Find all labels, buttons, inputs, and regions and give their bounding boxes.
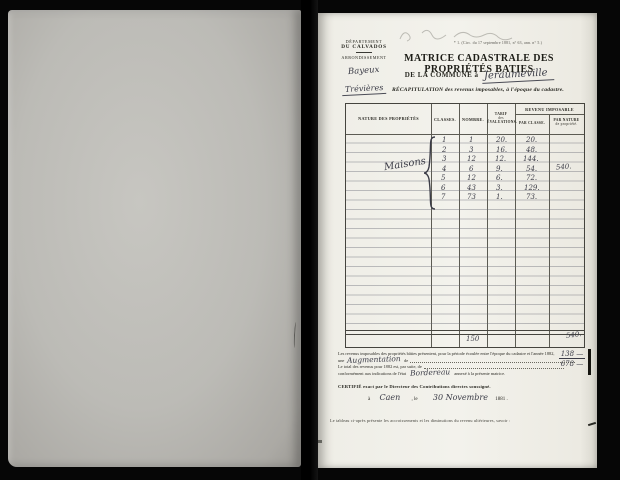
col-header-nombre: NOMBRE. (459, 117, 487, 122)
cell-tarif: 16. (496, 147, 507, 154)
dotted-leader (410, 359, 575, 363)
total-nombre: 150 (466, 336, 479, 343)
cell-par-classe: 72. (526, 175, 537, 182)
cell-nombre: 6 (469, 166, 473, 173)
cell-classe: 3 (442, 156, 446, 163)
binding-edge-mark (588, 349, 591, 375)
recapitulation-table: NATURE DES PROPRIÉTÉS CLASSES. NOMBRE. T… (345, 103, 585, 348)
col-header-par-nature: PAR NATURE de propriété. (549, 118, 584, 126)
cell-nombre: 12 (467, 175, 476, 182)
etat-handwritten: Bordereau (410, 369, 450, 376)
line4-prefix: conformément aux indications de l'état (338, 371, 406, 376)
matrice-cadastrale-page: DÉPARTEMENT DU CALVADOS ARRONDISSEMENT B… (318, 13, 597, 468)
cell-par-classe: 48. (526, 147, 537, 154)
revenue-values: 138 — 678 — (559, 350, 585, 368)
blank-left-page (8, 10, 301, 467)
cell-classe: 1 (442, 137, 446, 144)
line4-suffix: annexé à la présente matrice. (454, 371, 505, 376)
cell-nombre: 43 (467, 185, 476, 192)
cell-classe: 7 (441, 194, 445, 201)
commune-line: DE LA COMMUNE àJeraumeville (374, 69, 584, 82)
circular-reference-note: * 1. (Circ. du 17 septembre 1881, n° 63,… (423, 41, 573, 45)
revenu-split-line (515, 114, 584, 115)
departement-value: DU CALVADOS (330, 44, 398, 50)
augmentation-handwritten: Augmentation (347, 356, 401, 364)
cell-nombre: 3 (469, 147, 473, 154)
cell-par-classe: 129. (524, 185, 540, 192)
cell-classe: 4 (442, 166, 446, 173)
footer-line3: Le total des revenus pour 1882 est, par … (338, 364, 578, 369)
cell-tarif: 1. (496, 194, 503, 201)
scan-speck (318, 440, 322, 443)
commune-handwritten: Jeraumeville (481, 67, 553, 84)
recapitulation-subtitle: RÉCAPITULATION des revenus imposables, à… (358, 87, 598, 93)
sign-year: 1881 . (495, 397, 508, 402)
footer-line4: conformément aux indications de l'état B… (338, 370, 578, 376)
page-crease-mark (293, 322, 297, 348)
tarif-line3: ÉVALUATIONS. (487, 120, 515, 124)
certification-line: CERTIFIÉ exact par le Directeur des Cont… (338, 384, 578, 389)
cell-classe: 6 (441, 185, 445, 192)
archive-scan: DÉPARTEMENT DU CALVADOS ARRONDISSEMENT B… (0, 0, 620, 480)
stamp-divider (356, 52, 372, 53)
col-header-par-classe: PAR CLASSE. (515, 121, 549, 125)
cell-classe: 5 (441, 175, 445, 182)
cell-nombre: 73 (467, 194, 476, 201)
tableau-note: Le tableau ci-après présente les accrois… (330, 418, 580, 423)
total-1882-value: 678 — (559, 360, 585, 368)
handwritten-brace (423, 136, 437, 210)
cell-par-classe: 73. (526, 194, 537, 201)
col-header-nature: NATURE DES PROPRIÉTÉS (346, 116, 431, 121)
col-header-tarif: TARIF des ÉVALUATIONS. (487, 112, 515, 124)
cell-tarif: 6. (496, 175, 503, 182)
commune-label: DE LA COMMUNE à (405, 71, 479, 79)
cell-tarif: 20. (496, 137, 507, 144)
sign-prefix: à (368, 397, 370, 402)
footer-statements: Les revenus imposables des propriétés bâ… (338, 351, 578, 376)
table-row-rules (346, 134, 584, 331)
cell-par-classe: 144. (523, 156, 539, 163)
book-gutter (301, 0, 318, 480)
line2-prefix: une (338, 358, 344, 363)
par-nature-line2: de propriété. (549, 122, 584, 126)
pencil-scribble-annotation (394, 25, 534, 49)
line2-suffix: de (404, 358, 408, 363)
augmentation-value: 138 — (559, 350, 585, 358)
cell-par-nature-total: 540. (556, 163, 572, 171)
sign-date-handwritten: 30 Novembre (433, 393, 488, 402)
sign-le: , le (412, 397, 418, 402)
signature-line: à Caen , le 30 Novembre 1881 . (368, 393, 583, 402)
cell-par-classe: 20. (526, 137, 537, 144)
cell-classe: 2 (442, 147, 446, 154)
col-header-classes: CLASSES. (431, 117, 459, 122)
sign-place-handwritten: Caen (379, 393, 400, 402)
cell-tarif: 9. (496, 166, 503, 173)
total-par-nature: 540. (566, 331, 582, 340)
sum-line (559, 358, 585, 359)
total-separator-line (346, 330, 584, 335)
cell-par-classe: 54. (526, 166, 537, 173)
cell-tarif: 3. (496, 185, 503, 192)
col-header-revenu: REVENU IMPOSABLE (515, 107, 584, 112)
cell-tarif: 12. (495, 156, 506, 163)
cell-nombre: 1 (469, 137, 473, 144)
footer-line2: une Augmentation de (338, 357, 578, 363)
cell-nombre: 12 (467, 156, 476, 163)
